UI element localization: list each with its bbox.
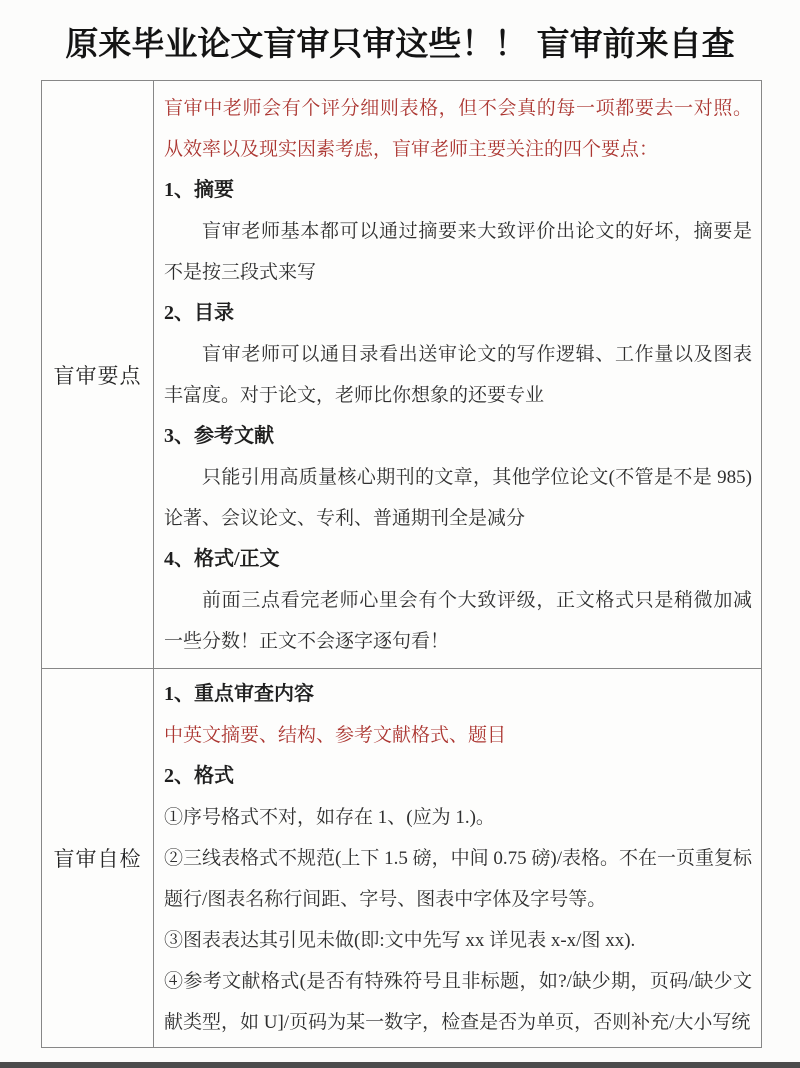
table-row-key-points: 盲审要点 盲审中老师会有个评分细则表格，但不会真的每一项都要去一对照。从效率以及… [42,81,761,668]
key-review-items: 中英文摘要、结构、参考文献格式、题目 [164,715,752,756]
page-title: 原来毕业论文盲审只审这些！！ 盲审前来自查 [0,0,800,64]
check-item-1: ①序号格式不对，如存在 1、(应为 1.)。 [164,797,752,838]
check-item-2: ②三线表格式不规范(上下 1.5 磅，中间 0.75 磅)/表格。不在一页重复标… [164,838,752,920]
row-label-key-points: 盲审要点 [42,81,154,668]
para-references: 只能引用高质量核心期刊的文章，其他学位论文(不管是不是 985)论著、会议论文、… [164,457,752,539]
table-row-self-check: 盲审自检 1、重点审查内容 中英文摘要、结构、参考文献格式、题目 2、格式 ①序… [42,668,761,1047]
para-abstract: 盲审老师基本都可以通过摘要来大致评价出论文的好坏，摘要是不是按三段式来写 [164,211,752,293]
heading-format: 2、格式 [164,756,752,797]
scan-bottom-edge [0,1062,800,1068]
review-table: 盲审要点 盲审中老师会有个评分细则表格，但不会真的每一项都要去一对照。从效率以及… [41,80,762,1048]
para-format-body: 前面三点看完老师心里会有个大致评级，正文格式只是稍微加减一些分数！正文不会逐字逐… [164,580,752,662]
heading-toc: 2、目录 [164,293,752,334]
key-points-content: 盲审中老师会有个评分细则表格，但不会真的每一项都要去一对照。从效率以及现实因素考… [154,81,761,668]
row-label-self-check: 盲审自检 [42,669,154,1047]
review-intro-note: 盲审中老师会有个评分细则表格，但不会真的每一项都要去一对照。从效率以及现实因素考… [164,88,752,170]
heading-references: 3、参考文献 [164,416,752,457]
heading-format-body: 4、格式/正文 [164,539,752,580]
heading-abstract: 1、摘要 [164,170,752,211]
heading-key-review-content: 1、重点审查内容 [164,674,752,715]
self-check-content: 1、重点审查内容 中英文摘要、结构、参考文献格式、题目 2、格式 ①序号格式不对… [154,669,761,1047]
check-item-4: ④参考文献格式(是否有特殊符号且非标题，如?/缺少期，页码/缺少文献类型，如 U… [164,961,752,1043]
para-toc: 盲审老师可以通目录看出送审论文的写作逻辑、工作量以及图表丰富度。对于论文，老师比… [164,334,752,416]
document-page: 原来毕业论文盲审只审这些！！ 盲审前来自查 盲审要点 盲审中老师会有个评分细则表… [0,0,800,1068]
check-item-3: ③图表表达其引见未做(即:文中先写 xx 详见表 x-x/图 xx). [164,920,752,961]
